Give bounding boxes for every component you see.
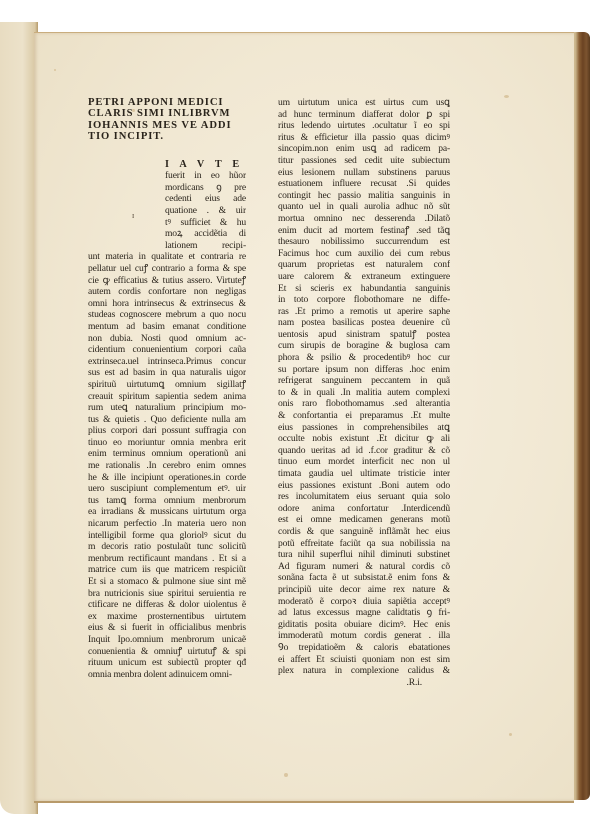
heading-line: PETRI APPONI MEDICI xyxy=(88,97,246,108)
text-line: tꝰ sufficiet & hu xyxy=(165,217,246,229)
text-line: res incolumitatem eius seruant quia solo xyxy=(278,491,450,503)
text-line: Inquit Ipo.omnium menbrorum unicaẽ xyxy=(88,634,246,646)
text-line: nam postea basilicas postea deuenire cũ xyxy=(278,317,450,329)
text-line: studeas cognoscere mebrum a quo nocu xyxy=(88,309,246,321)
text-line: titur passiones sed cedit uite subiectum xyxy=(278,155,450,167)
text-line: pellatur uel cuꝭ contrario a forma & spe xyxy=(88,263,246,275)
book-page: ɪ PETRI APPONI MEDICI CLARIS SIMI INLIBR… xyxy=(34,32,574,803)
text-line: mordicans ꝯ pre xyxy=(165,182,246,194)
text-line: quando ueritas ad id .f.cor graditur & c… xyxy=(278,445,450,457)
text-line: he & ille incipiunt operationes.in corde xyxy=(88,472,246,484)
text-line: extrinseca.uel intrinseca.Primus concur xyxy=(88,356,246,368)
signature-mark: .R.i. xyxy=(278,677,450,689)
text-line: lationem recipi- xyxy=(165,240,246,252)
foxing-spot xyxy=(284,773,288,777)
text-line: su portare ipsum non differas .hoc enim xyxy=(278,364,450,376)
text-line: conuenientia & omniuꝭ uirtutuꝭ & spi xyxy=(88,646,246,658)
heading-line: IOHANNIS MES VE ADDI xyxy=(88,120,246,131)
text-line: cedenti eius ade xyxy=(165,193,246,205)
text-line: eius passiones in comprehensibiles atꝗ xyxy=(278,422,450,434)
text-line: ritus & efficietur illa passio quas dici… xyxy=(278,132,450,144)
heading-line: CLARIS SIMI INLIBRVM xyxy=(88,108,246,119)
text-line: uare calorem & extraneum extinguere xyxy=(278,271,450,283)
text-line: contingit hec passio malitia sanguinis i… xyxy=(278,190,450,202)
text-line: me rationalis .In cerebro enim omnes xyxy=(88,460,246,472)
incipit-block: I A V T E M fuerit in eo hũor mordicans … xyxy=(165,159,246,252)
text-line: principiũ uite decor aime rex nature & xyxy=(278,584,450,596)
text-line: rum uteꝗ naturalium principium mo- xyxy=(88,402,246,414)
text-line: Et si a stomaco & pulmone siue sint mẽ xyxy=(88,576,246,588)
text-line: Et si scieris ex habundantia sanguinis xyxy=(278,283,450,295)
text-line: intelligibil forme qua gloriolꝰ sicut du xyxy=(88,530,246,542)
text-line: phora & psilio & procedentibꝰ hoc cur xyxy=(278,352,450,364)
text-line: quanto uel in quali aurolia adhuc nõ sũt xyxy=(278,201,450,213)
text-line: refrigerat sanguinem peccantem in quã xyxy=(278,375,450,387)
heading-line: TIO INCIPIT. xyxy=(88,131,246,142)
text-line: creauit spiritum sapientia sedem anima xyxy=(88,391,246,403)
text-line: tinuo eo moriuntur omnia menbra erit xyxy=(88,437,246,449)
text-line: omnia menbra dolent adinuicem omni- xyxy=(88,669,246,681)
text-line: unt materia in qualitate et contraria re xyxy=(88,251,246,263)
text-line: sus est ad basim in qua naturalis uigor xyxy=(88,367,246,379)
text-line: cie ꝙ efficatius & tutius assero. Virtut… xyxy=(88,275,246,287)
text-line: menbrum rectificaunt mandans . Et si a xyxy=(88,553,246,565)
text-line: omni hora intrinsecus & extrinsecus & xyxy=(88,298,246,310)
text-line: quatione . & uir xyxy=(165,205,246,217)
text-line: odore anima confortatur .Interdicendũ xyxy=(278,503,450,515)
text-line: eius & si fuerit in officialibus menbris xyxy=(88,622,246,634)
text-line: tura nihil superflui nihil diminuti subs… xyxy=(278,549,450,561)
text-line: spirituũ uirtutumꝗ omnium sigillatꝭ xyxy=(88,379,246,391)
text-line: nicarum perfectio .In materia uero non xyxy=(88,518,246,530)
text-line: autem cordis confortare non negligas xyxy=(88,286,246,298)
text-line: plius corpori dari possunt suffragia con xyxy=(88,425,246,437)
text-line: mentum ad basim emanat conditione xyxy=(88,321,246,333)
text-line: tus tamꝗ forma omnium menbrorum xyxy=(88,495,246,507)
text-line: ex maxime prosternentibus uirtutem xyxy=(88,611,246,623)
text-line: cum sirupis de boragine & buglosa cam xyxy=(278,340,450,352)
text-line: plex natura in complexione calidus & xyxy=(278,665,450,677)
text-line: enim ducit ad mortem festinaꝭ .sed tãꝗ xyxy=(278,225,450,237)
text-line: in toto corpore flobothomare ne diffe- xyxy=(278,294,450,306)
text-line: eius lesionem nullam substinens paruus xyxy=(278,167,450,179)
incipit-opening: I A V T E M xyxy=(165,159,246,171)
text-line: cordis & que sanguinẽ inflãmãt hec eius xyxy=(278,526,450,538)
text-line: ras .Et primo a remotis ut aperire saphe xyxy=(278,306,450,318)
title-heading: PETRI APPONI MEDICI CLARIS SIMI INLIBRVM… xyxy=(88,97,246,143)
text-line: quarum proprietas est naturalem conf xyxy=(278,259,450,271)
text-line: m decoris ratio postulaũt tunc solicitũ xyxy=(88,541,246,553)
text-line: potũ effreitate faciũt qa sua nobilissia… xyxy=(278,538,450,550)
text-line: Ꝯo trepidatioẽm & caloris ebatationes xyxy=(278,642,450,654)
text-line: ctificare ne differas & dolor uiolentus … xyxy=(88,599,246,611)
text-line: thesauro nobilissimo succurrendum est xyxy=(278,236,450,248)
text-line: tinuo eum mordet interficit nec non ul xyxy=(278,456,450,468)
text-line: estuationem influere recusat .Si quides xyxy=(278,178,450,190)
text-line: moꝝ accidẽtia di xyxy=(165,228,246,240)
text-line: tus & quietis . Quo deficiente nulla am xyxy=(88,414,246,426)
text-line: mortua omnino nec desserenda .Dilatõ xyxy=(278,213,450,225)
text-line: uero suscipiunt complementum etꝰ. uir xyxy=(88,483,246,495)
foxing-spot xyxy=(509,733,512,736)
right-text-column: um uirtutum unica est uirtus cum usꝗ ad … xyxy=(278,97,450,688)
text-line: um uirtutum unica est uirtus cum usꝗ xyxy=(278,97,450,109)
text-line: matrice cum iis que matricem respiciũt xyxy=(88,564,246,576)
text-line: non dubia. Nosti quod omnium ac- xyxy=(88,333,246,345)
text-line: immoderatũ motum cordis generat . illa xyxy=(278,630,450,642)
foxing-spot xyxy=(504,95,509,98)
text-line: moderatõ ẽ corpoꝛ diuia sapiẽtia acceptꝰ xyxy=(278,596,450,608)
text-line: onis raro flobothomamus .sed alterantia xyxy=(278,398,450,410)
text-line: sincopim.non enim usꝗ ad radicem pa- xyxy=(278,143,450,155)
text-line: to & in quali .In malitia autem complexi xyxy=(278,387,450,399)
text-line: sonãna facta ẽ ut subsistat.ẽ enim fons … xyxy=(278,572,450,584)
text-line: bra nutricionis siue spiritui seruientia… xyxy=(88,588,246,600)
text-line: occulte nobis existunt .Et dicitur ꝙ ali xyxy=(278,433,450,445)
text-line: ritus ledendo uirtutes .ocultatur ĩ eo s… xyxy=(278,120,450,132)
facing-page-edge xyxy=(0,22,38,814)
text-line: rituum unicum est subiectũ propter qđ xyxy=(88,657,246,669)
text-line: ad latus excessus magne calidtatis ꝯ fri… xyxy=(278,607,450,619)
left-text-column: PETRI APPONI MEDICI CLARIS SIMI INLIBRVM… xyxy=(88,97,246,680)
text-line: Facimus hoc cum auxilio dei cum rebus xyxy=(278,248,450,260)
text-line: ei affert Et sciuisti quoniam non est si… xyxy=(278,654,450,666)
text-line: est ei omne medicamen generans motũ xyxy=(278,514,450,526)
text-line: timata gaudia uel ultimate tristicie int… xyxy=(278,468,450,480)
foxing-spot xyxy=(54,69,56,71)
text-line: ad hunc terminum diafferat dolor ꝑ spi xyxy=(278,109,450,121)
text-line: ea irradians & mussicans uirtutum orga xyxy=(88,506,246,518)
text-line: eius passiones existunt .Boni autem odo xyxy=(278,480,450,492)
text-line: Ad figuram numeri & natural cordis cõ xyxy=(278,561,450,573)
left-body-text: unt materia in qualitate et contraria re… xyxy=(88,251,246,680)
text-line: cidentium conuenientium corpori caũa xyxy=(88,344,246,356)
text-line: fuerit in eo hũor xyxy=(165,170,246,182)
text-line: giditatis posita obuiare dicimꝰ. Hec eni… xyxy=(278,619,450,631)
text-line: & confortantia ei preparamus .Et multe xyxy=(278,410,450,422)
text-line: enim terminus omnium operationũ ani xyxy=(88,448,246,460)
text-line: uentosis apud sinistram spatulꝭ postea xyxy=(278,329,450,341)
